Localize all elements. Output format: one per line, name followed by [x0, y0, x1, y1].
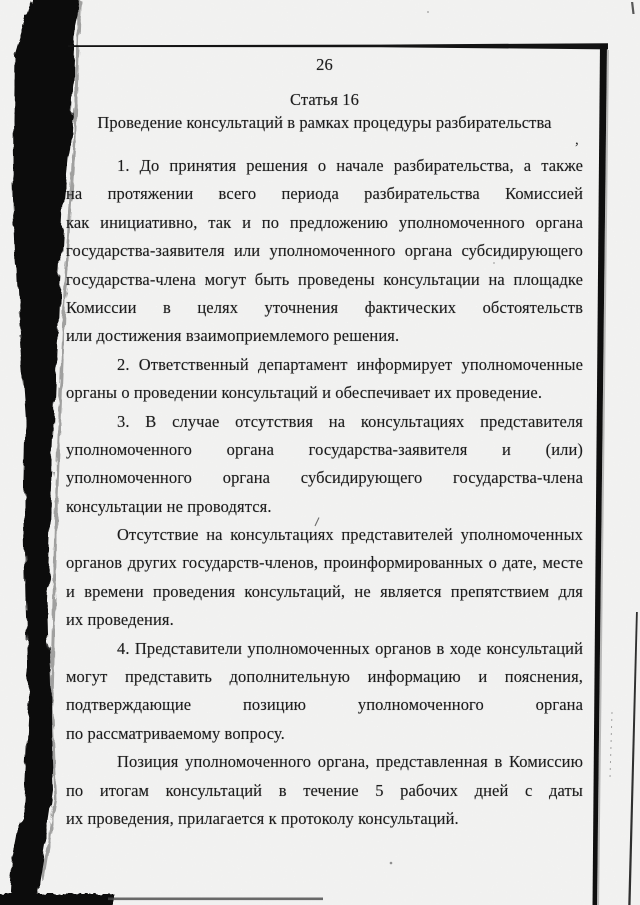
article-subtitle: Проведение консультаций в рамках процеду… [52, 112, 597, 135]
text-line: 2. Ответственный департамент информирует… [66, 351, 583, 379]
article-title: Статья 16 [52, 89, 597, 112]
text-line: могут представить дополнительную информа… [66, 663, 583, 691]
text-line: уполномоченного органа субсидирующего го… [66, 464, 583, 492]
text-line: государства-заявителя или уполномоченног… [66, 237, 583, 265]
paragraph-2: 2. Ответственный департамент информирует… [66, 351, 583, 408]
text-line: Комиссии в целях уточнения фактических о… [66, 294, 583, 322]
text-line: 3. В случае отсутствия на консультациях … [66, 408, 583, 436]
text-line: подтверждающие позицию уполномоченного о… [66, 691, 583, 719]
paragraph-3: 3. В случае отсутствия на консультациях … [66, 408, 583, 522]
text-line: и времени проведения консультаций, не яв… [66, 578, 583, 606]
text-line: государства-члена могут быть проведены к… [66, 266, 583, 294]
page-content: 26 Статья 16 Проведение консультаций в р… [66, 0, 583, 905]
paragraph-3a: Отсутствие на консультациях представител… [66, 521, 583, 635]
text-line: их проведения. [66, 606, 583, 634]
text-line: их проведения, прилагается к протоколу к… [66, 805, 583, 833]
text-line: по рассматриваемому вопросу. [66, 720, 583, 748]
text-line: Отсутствие на консультациях представител… [66, 521, 583, 549]
text-line: по итогам консультаций в течение 5 рабоч… [66, 777, 583, 805]
article-body: 1. До принятия решения о начале разбират… [66, 152, 583, 833]
scan-artifact-right-edge-line [628, 612, 638, 905]
text-line: органов других государств-членов, проинф… [66, 549, 583, 577]
paragraph-4a: Позиция уполномоченного органа, представ… [66, 748, 583, 833]
text-line: 1. До принятия решения о начале разбират… [66, 152, 583, 180]
text-line: уполномоченного органа государства-заяви… [66, 436, 583, 464]
page-number: 26 [66, 55, 583, 75]
text-line: или достижения взаимоприемлемого решения… [66, 322, 583, 350]
article-heading: Статья 16 Проведение консультаций в рамк… [52, 89, 597, 134]
paragraph-1: 1. До принятия решения о начале разбират… [66, 152, 583, 351]
scan-artifact-top-right-dash [631, 2, 635, 14]
scan-artifact-dotted-line [610, 712, 612, 778]
text-line: на протяжении всего периода разбирательс… [66, 180, 583, 208]
scan-artifact-right-line [593, 44, 608, 905]
scanned-page: , 26 Статья 16 Проведение консультаций в… [0, 0, 640, 905]
paragraph-4: 4. Представители уполномоченных органов … [66, 635, 583, 749]
text-line: консультации не проводятся. [66, 493, 583, 521]
text-line: 4. Представители уполномоченных органов … [66, 635, 583, 663]
text-line: как инициативно, так и по предложению уп… [66, 209, 583, 237]
text-line: органы о проведении консультаций и обесп… [66, 379, 583, 407]
scan-artifact-right-line-echo [597, 50, 609, 905]
text-line: Позиция уполномоченного органа, представ… [66, 748, 583, 776]
